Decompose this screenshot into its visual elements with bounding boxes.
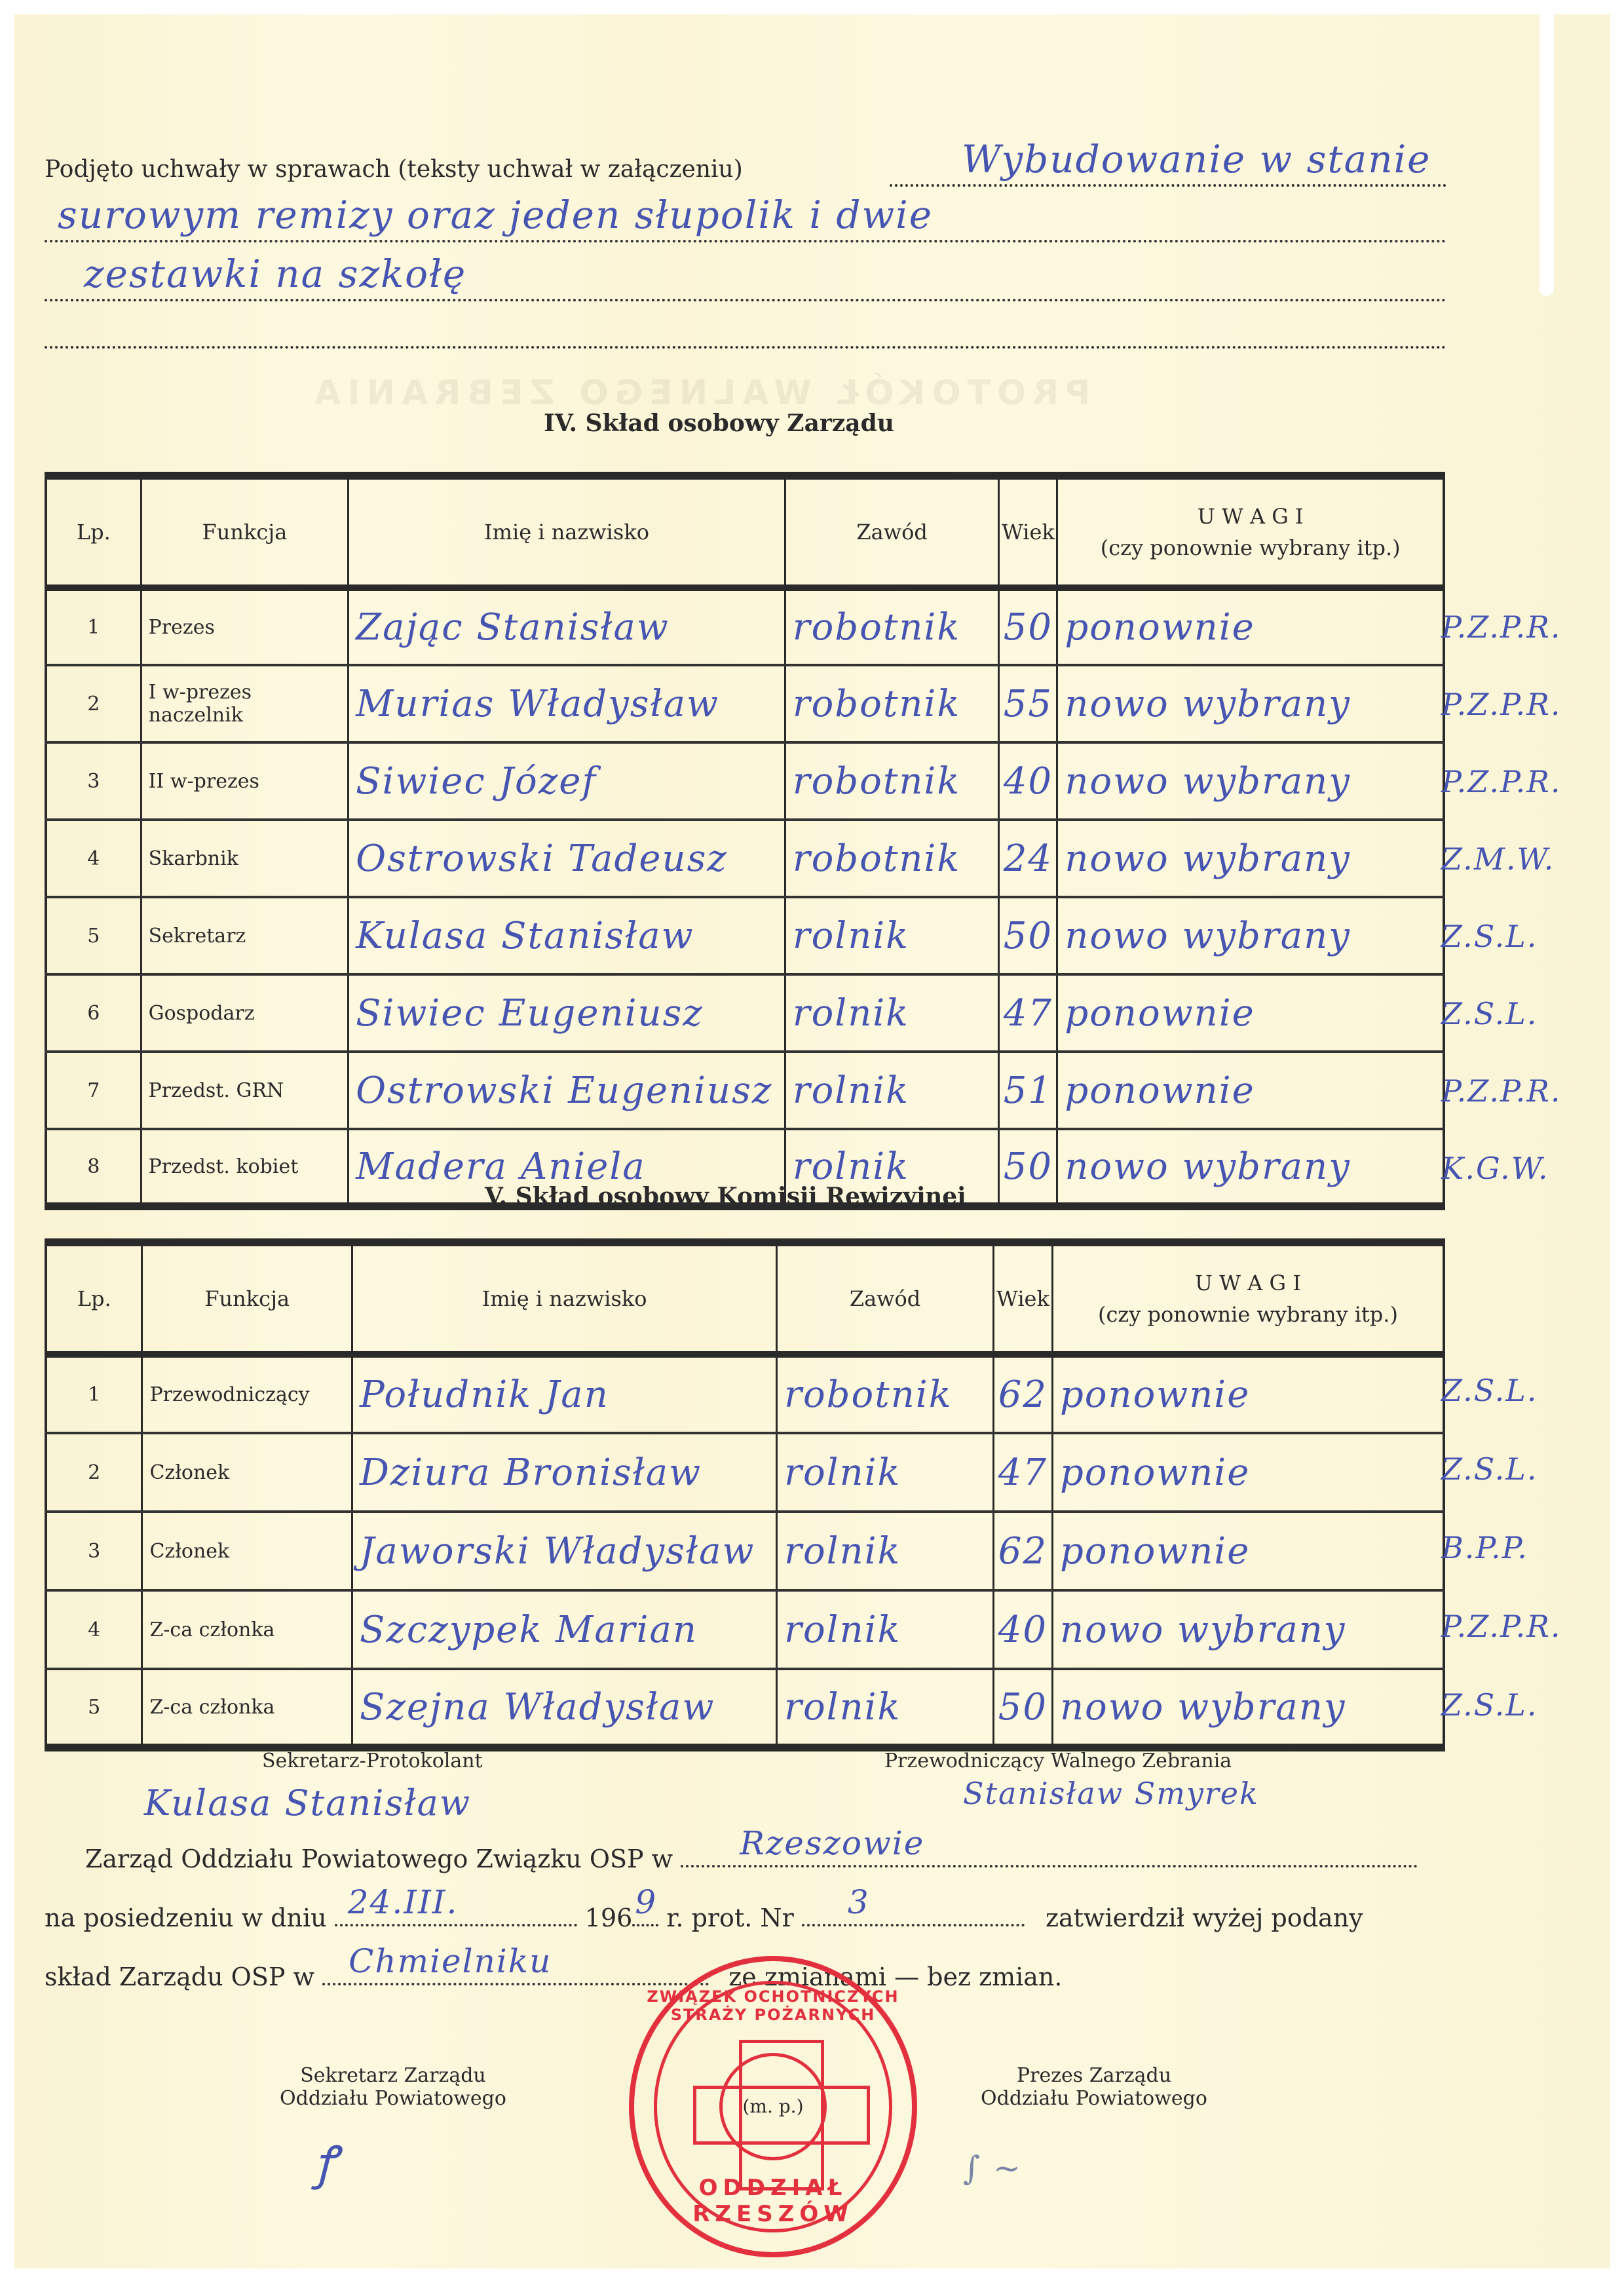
col-notes: U W A G I (czy ponownie wybrany itp.): [1052, 1242, 1444, 1354]
resolutions-line-4: [45, 303, 1446, 349]
row-occupation: rolnik: [785, 1052, 999, 1129]
table-row: 4Z-ca członkaSzczypek Marianrolnik40nowo…: [46, 1590, 1444, 1669]
row-number: 2: [46, 665, 141, 742]
party-affiliation-note: P.Z.P.R.: [1441, 764, 1562, 799]
district-secretary-signature: ꝭ: [314, 2130, 337, 2192]
row-number: 5: [46, 897, 141, 974]
year-field: 9: [632, 1900, 658, 1926]
approval-line-3: skład Zarządu OSP w Chmielniku ze zmiana…: [45, 1959, 1063, 1991]
table-row: 1PrzewodniczącyPołudnik Janrobotnik62pon…: [46, 1354, 1444, 1433]
col-name: Imię i nazwisko: [349, 476, 785, 588]
row-notes: nowo wybrany: [1052, 1590, 1444, 1669]
party-affiliation-note: K.G.W.: [1441, 1151, 1549, 1186]
row-notes: nowo wybrany: [1057, 820, 1444, 897]
approval-label: Zarząd Oddziału Powiatowego Związku OSP …: [85, 1845, 673, 1873]
col-occupation: Zawód: [785, 476, 999, 588]
chair-signature: Stanisław Smyrek: [963, 1776, 1259, 1811]
row-number: 2: [46, 1433, 142, 1512]
row-number: 4: [46, 1590, 142, 1669]
row-occupation: rolnik: [785, 897, 999, 974]
party-affiliation-note: P.Z.P.R.: [1441, 609, 1562, 645]
party-affiliation-note: Z.M.W.: [1441, 841, 1555, 877]
col-name: Imię i nazwisko: [352, 1242, 776, 1354]
row-name: Szejna Władysław: [352, 1669, 776, 1748]
row-number: 1: [46, 588, 141, 665]
row-function: Przewodniczący: [142, 1354, 352, 1433]
table-row: 1PrezesZając Stanisławrobotnik50ponownie: [46, 588, 1444, 665]
row-function: Skarbnik: [141, 820, 349, 897]
row-function: Sekretarz: [141, 897, 349, 974]
meeting-label: na posiedzeniu w dniu: [45, 1904, 327, 1932]
row-notes: ponownie: [1057, 588, 1444, 665]
approval-text: zatwierdził wyżej podany: [1046, 1904, 1363, 1932]
resolution-text: Wybudowanie w stanie: [962, 137, 1431, 182]
col-occupation: Zawód: [777, 1242, 994, 1354]
col-age: Wiek: [993, 1242, 1052, 1354]
row-age: 51: [999, 1052, 1057, 1129]
col-age: Wiek: [999, 476, 1057, 588]
protocol-label: r. prot. Nr: [666, 1904, 793, 1932]
table-row: 5SekretarzKulasa Stanisławrolnik50nowo w…: [46, 897, 1444, 974]
label-line: Prezes Zarządu: [956, 2064, 1232, 2087]
osp-label: skład Zarządu OSP w: [45, 1962, 314, 1991]
audit-table: Lp. Funkcja Imię i nazwisko Zawód Wiek U…: [45, 1238, 1445, 1751]
notes-title: U W A G I: [1060, 1271, 1436, 1295]
party-affiliation-note: B.P.P.: [1441, 1530, 1528, 1565]
col-lp: Lp.: [46, 1242, 142, 1354]
chair-label: Przewodniczący Walnego Zebrania: [884, 1750, 1232, 1772]
secretary-label: Sekretarz-Protokolant: [262, 1750, 483, 1772]
row-notes: nowo wybrany: [1057, 897, 1444, 974]
party-affiliation-note: P.Z.P.R.: [1441, 687, 1562, 722]
row-age: 47: [993, 1433, 1052, 1512]
year-digit: 9: [635, 1883, 657, 1921]
table-row: 4SkarbnikOstrowski Tadeuszrobotnik24nowo…: [46, 820, 1444, 897]
label-line: Oddziału Powiatowego: [255, 2087, 531, 2110]
row-notes: nowo wybrany: [1052, 1669, 1444, 1748]
row-number: 3: [46, 1512, 142, 1590]
row-age: 40: [993, 1590, 1052, 1669]
date-field: 24.III.: [335, 1900, 577, 1926]
resolutions-line-2: surowym remizy oraz jeden słupolik i dwi…: [45, 197, 1446, 242]
row-function: II w-prezes: [141, 742, 349, 820]
row-number: 8: [46, 1129, 141, 1206]
row-notes: nowo wybrany: [1057, 1129, 1444, 1206]
row-occupation: rolnik: [785, 974, 999, 1052]
row-name: Ostrowski Tadeusz: [349, 820, 785, 897]
row-age: 50: [993, 1669, 1052, 1748]
row-notes: ponownie: [1057, 1052, 1444, 1129]
row-function: Prezes: [141, 588, 349, 665]
row-age: 24: [999, 820, 1057, 897]
district-president-label: Prezes Zarządu Oddziału Powiatowego: [956, 2064, 1232, 2110]
row-function: Gospodarz: [141, 974, 349, 1052]
board-table: Lp. Funkcja Imię i nazwisko Zawód Wiek U…: [45, 472, 1445, 1210]
notes-subtitle: (czy ponownie wybrany itp.): [1060, 1302, 1436, 1327]
row-notes: ponownie: [1052, 1512, 1444, 1590]
row-notes: ponownie: [1052, 1433, 1444, 1512]
table-row: 6GospodarzSiwiec Eugeniuszrolnik47ponown…: [46, 974, 1444, 1052]
row-name: Jaworski Władysław: [352, 1512, 776, 1590]
col-lp: Lp.: [46, 476, 141, 588]
party-affiliation-note: P.Z.P.R.: [1441, 1609, 1562, 1644]
table-row: 2I w-prezes naczelnikMurias Władysławrob…: [46, 665, 1444, 742]
row-occupation: rolnik: [777, 1433, 994, 1512]
party-affiliation-note: Z.S.L.: [1441, 996, 1538, 1031]
party-affiliation-note: Z.S.L.: [1441, 1373, 1538, 1408]
table-row: 3II w-prezesSiwiec Józefrobotnik40nowo w…: [46, 742, 1444, 820]
row-occupation: rolnik: [777, 1669, 994, 1748]
row-function: Członek: [142, 1433, 352, 1512]
row-age: 47: [999, 974, 1057, 1052]
col-notes: U W A G I (czy ponownie wybrany itp.): [1057, 476, 1444, 588]
table-row: 7Przedst. GRNOstrowski Eugeniuszrolnik51…: [46, 1052, 1444, 1129]
resolutions-label: Podjęto uchwały w sprawach (teksty uchwa…: [45, 156, 743, 183]
col-function: Funkcja: [142, 1242, 352, 1354]
row-age: 50: [999, 588, 1057, 665]
official-stamp: ZWIĄZEK OCHOTNICZYCH STRAŻY POŻARNYCH OD…: [629, 1956, 917, 2257]
row-name: Kulasa Stanisław: [349, 897, 785, 974]
row-name: Dziura Bronisław: [352, 1433, 776, 1512]
row-occupation: robotnik: [785, 588, 999, 665]
notes-subtitle: (czy ponownie wybrany itp.): [1065, 535, 1436, 560]
stamp-placeholder: (m. p.): [634, 2095, 912, 2117]
branch-value: Rzeszowie: [740, 1824, 924, 1862]
row-number: 6: [46, 974, 141, 1052]
row-age: 50: [999, 897, 1057, 974]
row-function: Z-ca członka: [142, 1590, 352, 1669]
row-name: Ostrowski Eugeniusz: [349, 1052, 785, 1129]
row-name: Siwiec Eugeniusz: [349, 974, 785, 1052]
row-name: Zając Stanisław: [349, 588, 785, 665]
table-row: 2CzłonekDziura Bronisławrolnik47ponownie: [46, 1433, 1444, 1512]
row-function: Przedst. GRN: [141, 1052, 349, 1129]
row-age: 40: [999, 742, 1057, 820]
party-affiliation-note: Z.S.L.: [1441, 1451, 1538, 1487]
col-function: Funkcja: [141, 476, 349, 588]
row-function: Przedst. kobiet: [141, 1129, 349, 1206]
table-row: 5Z-ca członkaSzejna Władysławrolnik50now…: [46, 1669, 1444, 1748]
row-notes: ponownie: [1052, 1354, 1444, 1433]
district-secretary-label: Sekretarz Zarządu Oddziału Powiatowego: [255, 2064, 531, 2110]
label-line: Oddziału Powiatowego: [956, 2087, 1232, 2110]
row-name: Murias Władysław: [349, 665, 785, 742]
row-occupation: robotnik: [785, 820, 999, 897]
row-occupation: robotnik: [785, 742, 999, 820]
row-occupation: robotnik: [785, 665, 999, 742]
osp-location: Chmielniku: [349, 1942, 552, 1980]
year-prefix: 196: [585, 1904, 633, 1932]
row-name: Szczypek Marian: [352, 1590, 776, 1669]
table-row: 3CzłonekJaworski Władysławrolnik62ponown…: [46, 1512, 1444, 1590]
row-age: 62: [993, 1512, 1052, 1590]
row-age: 50: [999, 1129, 1057, 1206]
notes-title: U W A G I: [1065, 504, 1436, 529]
resolution-text: zestawki na szkołę: [84, 252, 466, 296]
row-number: 4: [46, 820, 141, 897]
protocol-field: 3: [802, 1900, 1025, 1926]
row-occupation: rolnik: [777, 1512, 994, 1590]
row-number: 1: [46, 1354, 142, 1433]
row-number: 3: [46, 742, 141, 820]
label-line: Sekretarz Zarządu: [255, 2064, 531, 2087]
secretary-signature: Kulasa Stanisław: [144, 1782, 471, 1824]
approval-line-1: Zarząd Oddziału Powiatowego Związku OSP …: [85, 1841, 1418, 1873]
row-notes: ponownie: [1057, 974, 1444, 1052]
torn-edge: [1539, 14, 1554, 296]
row-age: 55: [999, 665, 1057, 742]
row-age: 62: [993, 1354, 1052, 1433]
board-section-title: IV. Skład osobowy Zarządu: [544, 410, 894, 437]
resolutions-line-1: Podjęto uchwały w sprawach (teksty uchwa…: [45, 141, 1446, 187]
osp-location-field: Chmielniku: [322, 1959, 709, 1985]
approval-line-2: na posiedzeniu w dniu 24.III. 1969 r. pr…: [45, 1900, 1363, 1932]
row-occupation: robotnik: [777, 1354, 994, 1433]
row-function: Z-ca członka: [142, 1669, 352, 1748]
audit-section-title: V. Skład osobowy Komisji Rewizyjnej: [485, 1183, 966, 1210]
party-affiliation-note: P.Z.P.R.: [1441, 1073, 1562, 1109]
row-name: Południk Jan: [352, 1354, 776, 1433]
date-value: 24.III.: [348, 1883, 459, 1921]
stamp-top-text: ZWIĄZEK OCHOTNICZYCH STRAŻY POŻARNYCH: [634, 1987, 912, 2024]
row-function: Członek: [142, 1512, 352, 1590]
row-function: I w-prezes naczelnik: [141, 665, 349, 742]
resolution-text: surowym remizy oraz jeden słupolik i dwi…: [58, 193, 933, 237]
row-number: 5: [46, 1669, 142, 1748]
row-notes: nowo wybrany: [1057, 742, 1444, 820]
stamp-bottom-text: ODDZIAŁ RZESZÓW: [634, 2175, 912, 2227]
protocol-number: 3: [848, 1883, 870, 1921]
row-notes: nowo wybrany: [1057, 665, 1444, 742]
branch-field: Rzeszowie: [681, 1841, 1418, 1867]
resolutions-line-3: zestawki na szkołę: [45, 256, 1446, 301]
party-affiliation-note: Z.S.L.: [1441, 919, 1538, 954]
row-name: Siwiec Józef: [349, 742, 785, 820]
row-number: 7: [46, 1052, 141, 1129]
bleed-through-title: PROTOKÓŁ WALNEGO ZEBRANIA: [308, 373, 1090, 413]
party-affiliation-note: Z.S.L.: [1441, 1687, 1538, 1723]
row-occupation: rolnik: [777, 1590, 994, 1669]
district-president-signature: ∫ ~: [963, 2149, 1022, 2187]
